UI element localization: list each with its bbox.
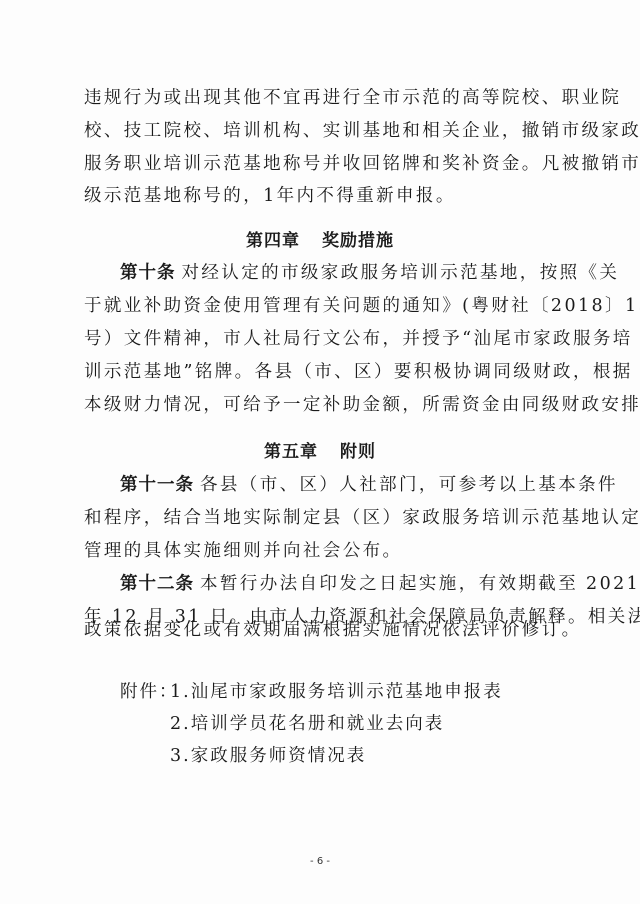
document-page: 违规行为或出现其他不宜再进行全市示范的高等院校、职业院 校、技工院校、培训机构、… — [0, 0, 640, 904]
paragraph-line: 本级财力情况，可给予一定补助金额，所需资金由同级财政安排。 — [84, 395, 564, 415]
paragraph-line: 和程序，结合当地实际制定县（区）家政服务培训示范基地认定 — [84, 508, 564, 528]
article-text: 各县（市、区）人社部门，可参考以上基本条件 — [200, 475, 618, 495]
attachment-item: 1.汕尾市家政服务培训示范基地申报表 — [170, 682, 503, 702]
attachment-item: 3.家政服务师资情况表 — [170, 746, 366, 766]
attachment-item: 2.培训学员花名册和就业去向表 — [170, 714, 444, 734]
article-label: 第十条 — [120, 263, 176, 283]
paragraph-line: 号）文件精神，市人社局行文公布，并授予“汕尾市家政服务培 — [84, 329, 564, 349]
article-10-first-line: 第十条对经认定的市级家政服务培训示范基地，按照《关 — [84, 263, 564, 283]
article-text: 对经认定的市级家政服务培训示范基地，按照《关 — [182, 263, 620, 283]
paragraph-line: 管理的具体实施细则并向社会公布。 — [84, 541, 564, 561]
paragraph-line: 服务职业培训示范基地称号并收回铭牌和奖补资金。凡被撤销市 — [84, 154, 564, 174]
paragraph-line: 校、技工院校、培训机构、实训基地和相关企业，撤销市级家政 — [84, 121, 564, 141]
chapter-title: 奖励措施 — [322, 231, 394, 251]
paragraph-line: 级示范基地称号的，1年内不得重新申报。 — [84, 186, 564, 206]
chapter-number: 第五章 — [264, 442, 318, 462]
article-label: 第十二条 — [120, 574, 194, 594]
chapter-number: 第四章 — [246, 231, 300, 251]
policy-line-text: 政策依据变化或有效期届满根据实施情况依法评价修订。 — [84, 620, 564, 640]
paragraph-line: 违规行为或出现其他不宜再进行全市示范的高等院校、职业院 — [84, 88, 564, 108]
page-number: - 6 - — [0, 856, 640, 867]
chapter-5-heading: 第五章附则 — [0, 442, 640, 462]
paragraph-line: 于就业补助资金使用管理有关问题的通知》(粤财社〔2018〕159 — [84, 296, 564, 316]
chapter-title: 附则 — [340, 442, 376, 462]
chapter-4-heading: 第四章奖励措施 — [0, 231, 640, 251]
article-text: 本暂行办法自印发之日起实施，有效期截至 2021 — [200, 574, 640, 594]
article-11-first-line: 第十一条各县（市、区）人社部门，可参考以上基本条件 — [84, 475, 564, 495]
article-label: 第十一条 — [120, 475, 194, 495]
paragraph-line: 训示范基地”铭牌。各县（市、区）要积极协调同级财政，根据 — [84, 362, 564, 382]
article-12-first-line: 第十二条本暂行办法自印发之日起实施，有效期截至 2021 — [84, 574, 564, 594]
